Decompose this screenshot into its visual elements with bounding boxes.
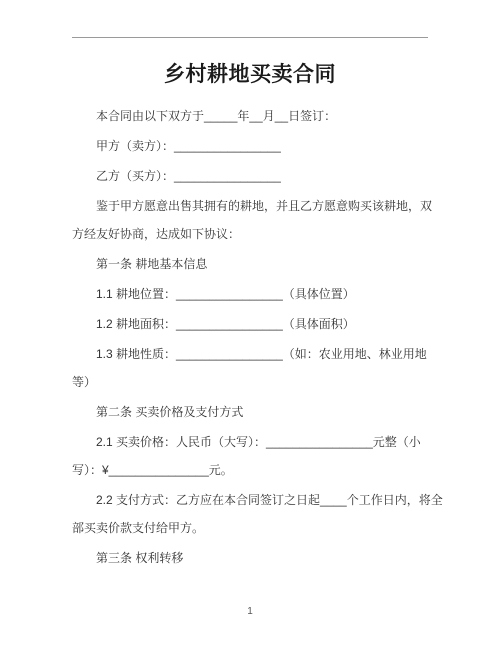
contract-line: 乙方（买方）：________________ <box>72 162 428 190</box>
header-divider <box>72 37 428 38</box>
contract-line: 1.2 耕地面积：________________（具体面积） <box>72 310 428 338</box>
paragraph-clause-1-3: 1.3 耕地性质：________________（如：农业用地、林业用地 等） <box>72 340 428 396</box>
document-title: 乡村耕地买卖合同 <box>0 62 500 88</box>
contract-line: 第三条 权利转移 <box>72 544 428 572</box>
contract-line: 1.3 耕地性质：________________（如：农业用地、林业用地 <box>72 340 428 368</box>
paragraph-clause-1-1: 1.1 耕地位置：________________（具体位置） <box>72 280 428 308</box>
paragraph-clause-2-1: 2.1 买卖价格：人民币（大写）：________________元整（小 写）… <box>72 428 428 484</box>
paragraph-clause-2-2: 2.2 支付方式：乙方应在本合同签订之日起____个工作日内，将全 部买卖价款支… <box>72 486 428 542</box>
paragraph-preamble: 鉴于甲方愿意出售其拥有的耕地，并且乙方愿意购买该耕地，双 方经友好协商，达成如下… <box>72 192 428 248</box>
contract-line: 鉴于甲方愿意出售其拥有的耕地，并且乙方愿意购买该耕地，双 <box>72 192 428 220</box>
contract-line: 等） <box>72 368 428 396</box>
contract-line: 写）：¥_______________元。 <box>72 456 428 484</box>
contract-line: 2.2 支付方式：乙方应在本合同签订之日起____个工作日内，将全 <box>72 486 428 514</box>
contract-line: 本合同由以下双方于_____年__月__日签订： <box>72 102 428 130</box>
contract-line: 部买卖价款支付给甲方。 <box>72 514 428 542</box>
contract-line: 甲方（卖方）：________________ <box>72 132 428 160</box>
contract-line: 2.1 买卖价格：人民币（大写）：________________元整（小 <box>72 428 428 456</box>
document-page: 乡村耕地买卖合同 本合同由以下双方于_____年__月__日签订： 甲方（卖方）… <box>0 0 500 647</box>
paragraph-party-b: 乙方（买方）：________________ <box>72 162 428 190</box>
paragraph-article-3-heading: 第三条 权利转移 <box>72 544 428 572</box>
page-number: 1 <box>0 605 500 619</box>
paragraph-article-2-heading: 第二条 买卖价格及支付方式 <box>72 398 428 426</box>
paragraph-party-a: 甲方（卖方）：________________ <box>72 132 428 160</box>
document-body: 本合同由以下双方于_____年__月__日签订： 甲方（卖方）：________… <box>72 102 428 574</box>
contract-line: 方经友好协商，达成如下协议： <box>72 220 428 248</box>
paragraph-article-1-heading: 第一条 耕地基本信息 <box>72 250 428 278</box>
paragraph-clause-1-2: 1.2 耕地面积：________________（具体面积） <box>72 310 428 338</box>
contract-line: 第二条 买卖价格及支付方式 <box>72 398 428 426</box>
paragraph-signing-date: 本合同由以下双方于_____年__月__日签订： <box>72 102 428 130</box>
contract-line: 第一条 耕地基本信息 <box>72 250 428 278</box>
contract-line: 1.1 耕地位置：________________（具体位置） <box>72 280 428 308</box>
